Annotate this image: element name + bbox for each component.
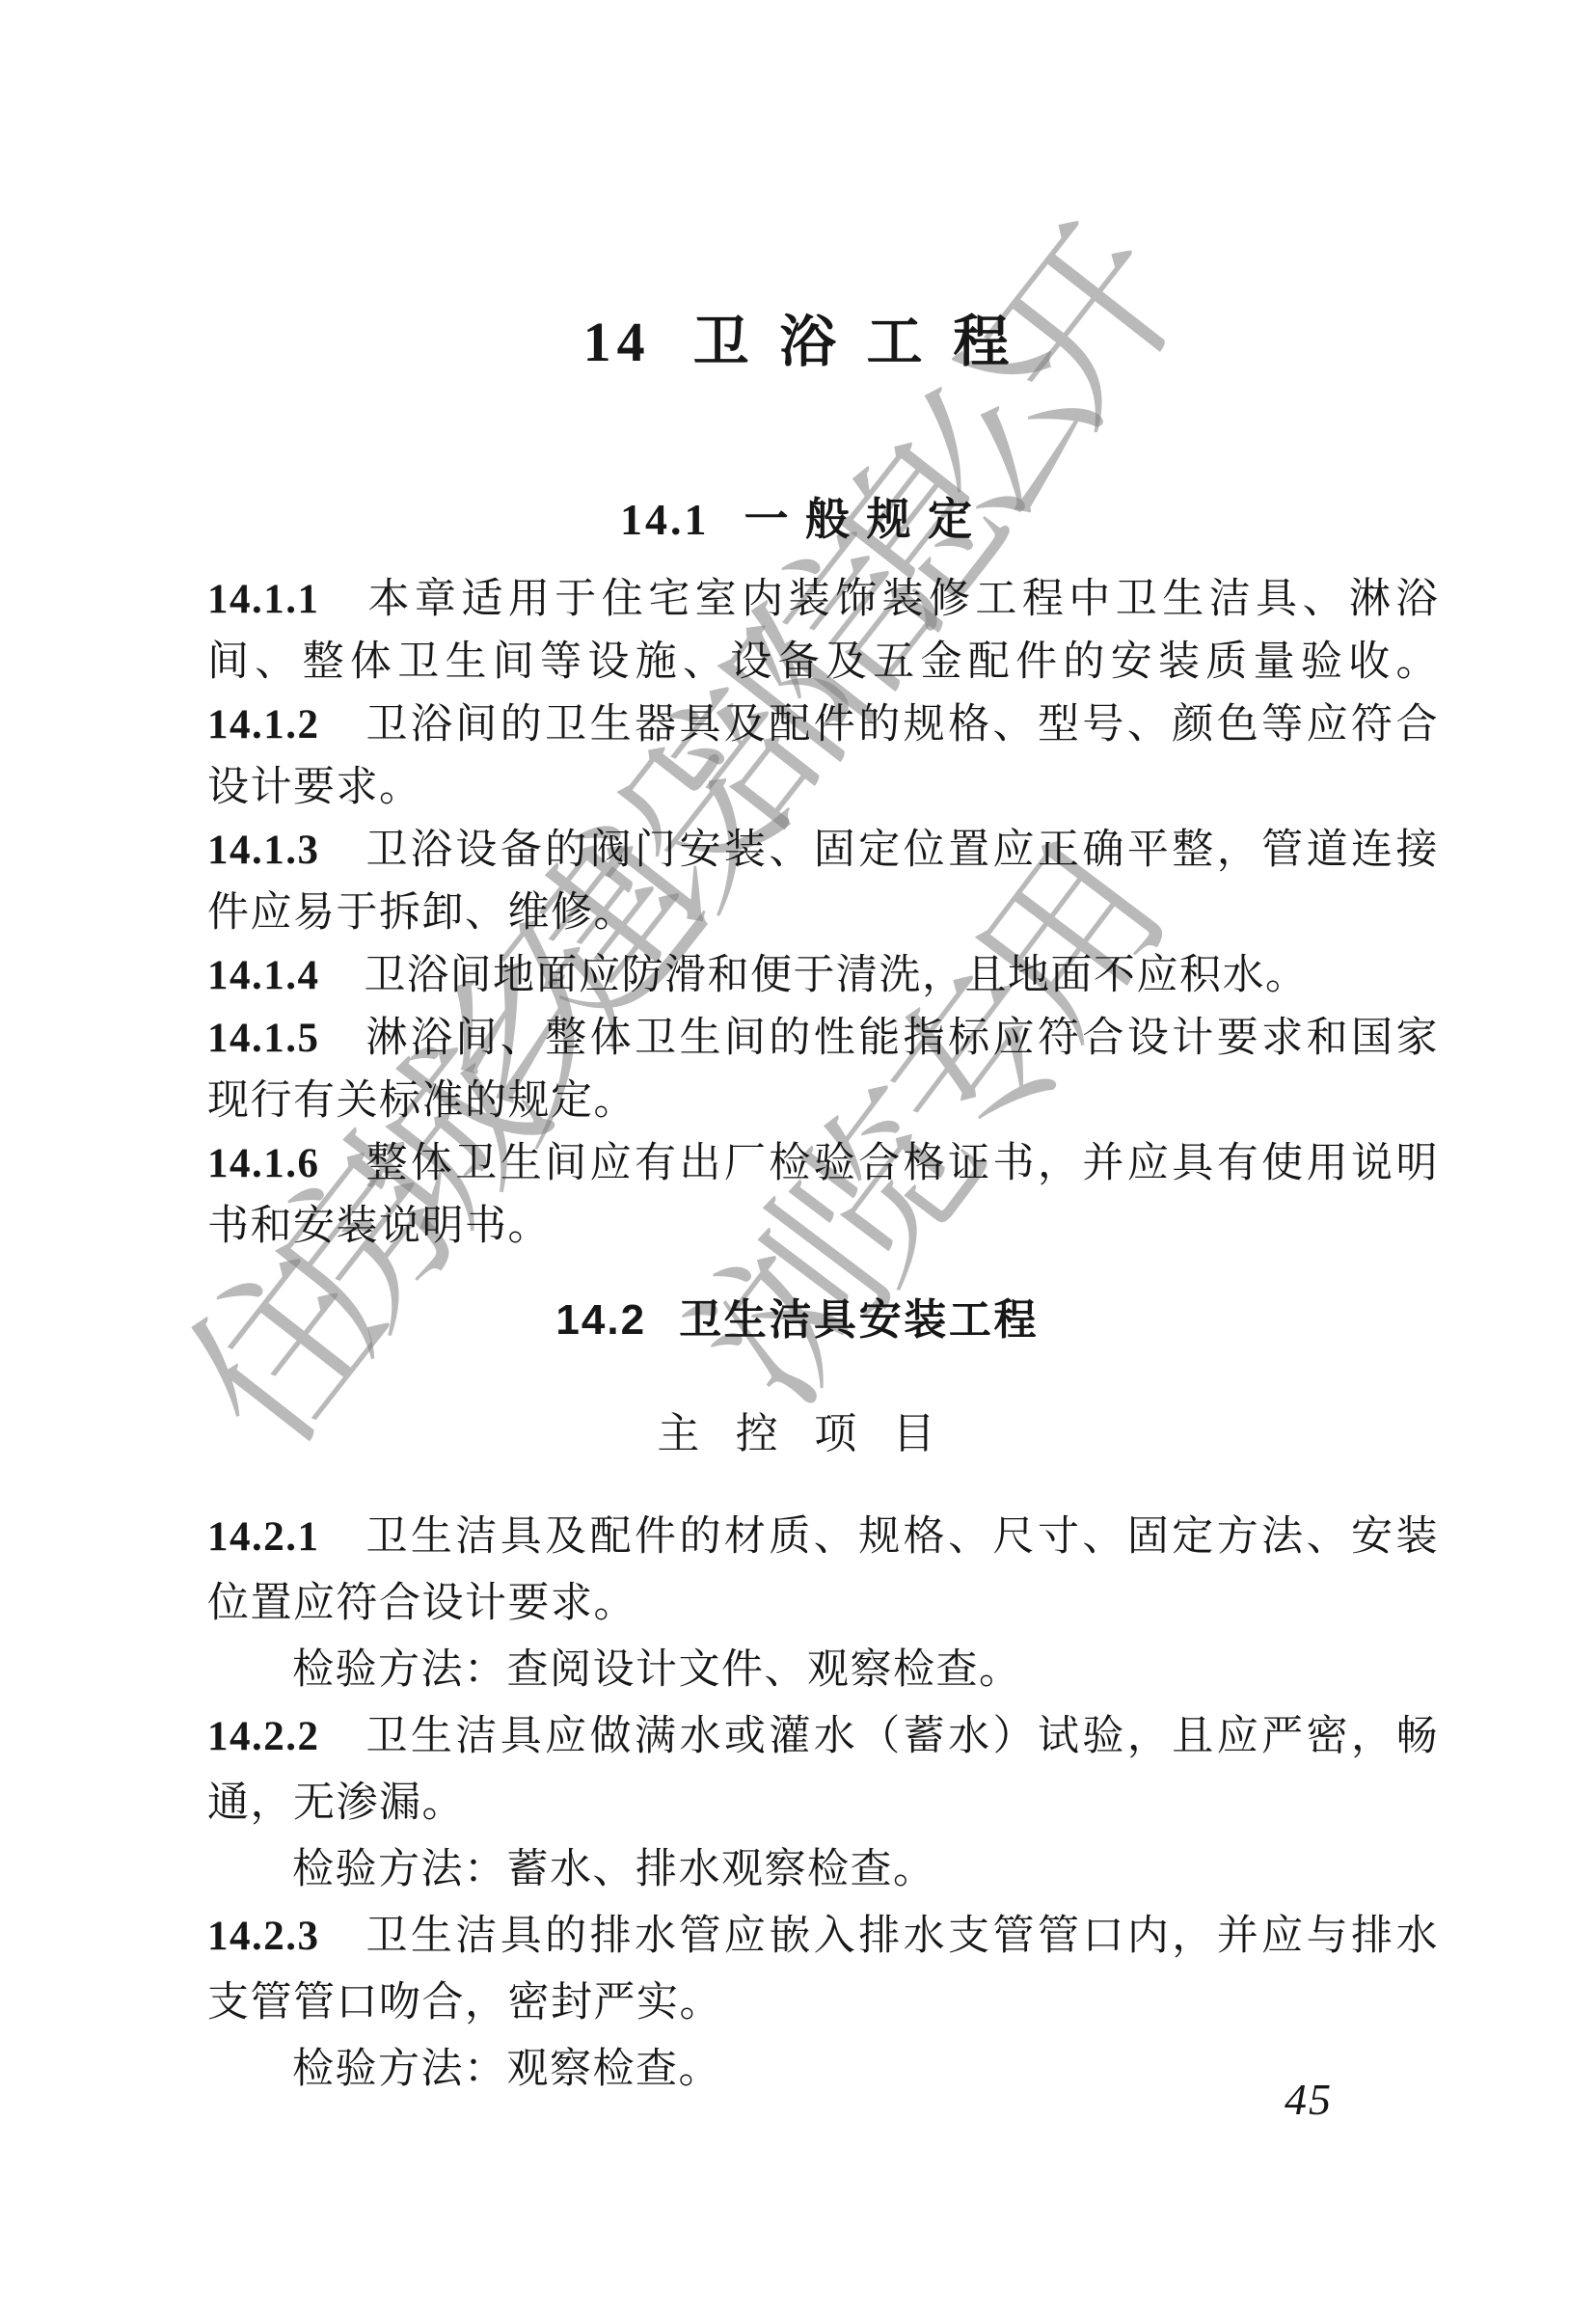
clause-line: 位置应符合设计要求。	[207, 1570, 1439, 1637]
clause-line: 件应易于拆卸、维修。	[207, 882, 1439, 944]
clause-number: 14.1.2	[207, 702, 320, 748]
clause-line: 14.1.1本章适用于住宅室内装饰装修工程中卫生洁具、淋浴	[207, 568, 1439, 631]
clause-text: 卫浴设备的阀门安装、固定位置应正确平整，管道连接	[365, 828, 1440, 873]
clause-line: 14.2.2卫生洁具应做满水或灌水（蓄水）试验，且应严密，畅	[207, 1703, 1439, 1770]
chapter-title: 卫浴工程	[693, 311, 1041, 373]
clause-text: 支管管口吻合，密封严实。	[207, 1980, 722, 2026]
clause-number: 14.1.6	[207, 1141, 320, 1186]
subheading-master-control-items: 主控项目	[180, 1405, 1447, 1463]
section-heading-14-1: 14.1一般规定	[180, 491, 1412, 549]
clause-text: 设计要求。	[207, 765, 422, 810]
section-title: 一般规定	[744, 495, 989, 544]
chapter-number: 14	[583, 311, 651, 373]
clause-line: 14.1.4卫浴间地面应防滑和便于清洗，且地面不应积水。	[207, 944, 1439, 1007]
page-number: 45	[1285, 2074, 1333, 2125]
clause-number: 14.1.3	[207, 828, 320, 873]
inspection-method-line: 检验方法：查阅设计文件、观察检查。	[207, 1637, 1439, 1703]
inspection-method-line: 检验方法：蓄水、排水观察检查。	[207, 1836, 1439, 1903]
clause-text: 卫浴间的卫生器具及配件的规格、型号、颜色等应符合	[365, 702, 1440, 748]
clause-line: 间、整体卫生间等设施、设备及五金配件的安装质量验收。	[207, 631, 1439, 693]
clause-text: 检验方法：查阅设计文件、观察检查。	[292, 1647, 1022, 1693]
clause-text: 卫浴间地面应防滑和便于清洗，且地面不应积水。	[365, 953, 1309, 998]
clause-line: 通，无渗漏。	[207, 1770, 1439, 1836]
clause-line: 14.2.3卫生洁具的排水管应嵌入排水支管管口内，并应与排水	[207, 1903, 1439, 1970]
section-heading-14-2: 14.2卫生洁具安装工程	[180, 1291, 1412, 1350]
clause-number: 14.2.2	[207, 1714, 320, 1759]
clause-text: 淋浴间、整体卫生间的性能指标应符合设计要求和国家	[365, 1016, 1440, 1061]
clause-line: 14.1.2卫浴间的卫生器具及配件的规格、型号、颜色等应符合	[207, 693, 1439, 756]
clause-text: 卫生洁具应做满水或灌水（蓄水）试验，且应严密，畅	[365, 1714, 1440, 1759]
section-title: 卫生洁具安装工程	[679, 1296, 1039, 1344]
clause-text: 现行有关标准的规定。	[207, 1078, 636, 1124]
clause-text: 通，无渗漏。	[207, 1781, 465, 1826]
inspection-method-line: 检验方法：观察检查。	[207, 2036, 1439, 2103]
clause-number: 14.2.3	[207, 1914, 320, 1959]
clause-number: 14.1.5	[207, 1016, 320, 1061]
page-content: 14卫浴工程 14.1一般规定 14.1.1本章适用于住宅室内装饰装修工程中卫生…	[207, 0, 1439, 2103]
clause-block-14-1: 14.1.1本章适用于住宅室内装饰装修工程中卫生洁具、淋浴 间、整体卫生间等设施…	[207, 568, 1439, 1258]
section-number: 14.1	[620, 495, 710, 544]
clause-text: 卫生洁具的排水管应嵌入排水支管管口内，并应与排水	[365, 1914, 1440, 1959]
clause-text: 本章适用于住宅室内装饰装修工程中卫生洁具、淋浴	[365, 577, 1440, 622]
clause-line: 支管管口吻合，密封严实。	[207, 1970, 1439, 2036]
clause-line: 14.2.1卫生洁具及配件的材质、规格、尺寸、固定方法、安装	[207, 1504, 1439, 1570]
clause-text: 书和安装说明书。	[207, 1204, 551, 1249]
clause-block-14-2: 14.2.1卫生洁具及配件的材质、规格、尺寸、固定方法、安装 位置应符合设计要求…	[207, 1504, 1439, 2103]
clause-number: 14.1.4	[207, 953, 320, 998]
clause-line: 14.1.3卫浴设备的阀门安装、固定位置应正确平整，管道连接	[207, 819, 1439, 882]
clause-line: 书和安装说明书。	[207, 1195, 1439, 1258]
clause-text: 检验方法：观察检查。	[292, 2047, 721, 2092]
clause-text: 整体卫生间应有出厂检验合格证书，并应具有使用说明	[365, 1141, 1440, 1186]
clause-text: 位置应符合设计要求。	[207, 1581, 636, 1626]
section-number: 14.2	[555, 1296, 646, 1344]
clause-text: 检验方法：蓄水、排水观察检查。	[292, 1847, 936, 1892]
clause-line: 14.1.5淋浴间、整体卫生间的性能指标应符合设计要求和国家	[207, 1007, 1439, 1070]
clause-text: 间、整体卫生间等设施、设备及五金配件的安装质量验收。	[207, 639, 1439, 685]
clause-number: 14.1.1	[207, 577, 320, 622]
clause-text: 件应易于拆卸、维修。	[207, 890, 636, 936]
clause-number: 14.2.1	[207, 1514, 320, 1560]
chapter-heading: 14卫浴工程	[180, 311, 1412, 374]
clause-line: 14.1.6整体卫生间应有出厂检验合格证书，并应具有使用说明	[207, 1132, 1439, 1195]
clause-text: 卫生洁具及配件的材质、规格、尺寸、固定方法、安装	[365, 1514, 1440, 1560]
clause-line: 现行有关标准的规定。	[207, 1070, 1439, 1132]
clause-line: 设计要求。	[207, 756, 1439, 819]
document-page: 住房城乡建设部信息公开 浏览专用 14卫浴工程 14.1一般规定 14.1.1本…	[0, 0, 1596, 2311]
